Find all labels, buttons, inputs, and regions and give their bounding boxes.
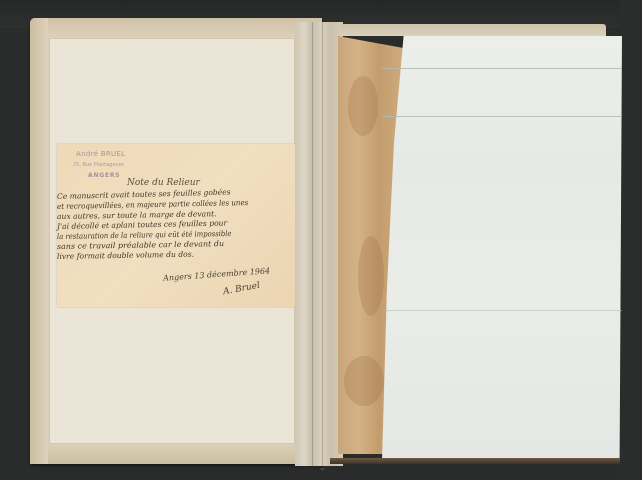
backdrop-shadow	[620, 0, 642, 480]
cover-turn-in-top	[30, 18, 322, 38]
text-block-bottom-edge	[330, 458, 620, 464]
note-date: Angers 13 décembre 1964	[163, 266, 271, 282]
letterhead-city: ANGERS	[88, 172, 120, 179]
shelf-mark: ~	[320, 466, 325, 473]
hinge-crease	[312, 22, 313, 466]
tissue-fold-line	[382, 310, 622, 311]
stain	[348, 76, 378, 136]
stain	[358, 236, 384, 316]
spine-hinge	[295, 22, 343, 466]
stain	[344, 356, 384, 406]
hinge-crease	[322, 22, 323, 466]
cover-turn-in-left	[30, 18, 48, 464]
back-board-edge	[340, 24, 606, 36]
tissue-fold-line	[382, 116, 622, 117]
letterhead-street: 25, Rue Plantagenet	[73, 162, 124, 168]
note-line: livre formait double volume du dos.	[57, 250, 194, 262]
tissue-fold-line	[382, 68, 622, 69]
note-signature: A. Bruel	[222, 281, 260, 297]
letterhead-name: André BRUEL	[76, 150, 125, 158]
binder-note-card: André BRUEL 25, Rue Plantagenet ANGERS N…	[57, 144, 295, 307]
tissue-interleaf	[382, 36, 622, 462]
cover-turn-in-bottom	[30, 444, 322, 464]
note-title: Note du Relieur	[127, 178, 200, 188]
